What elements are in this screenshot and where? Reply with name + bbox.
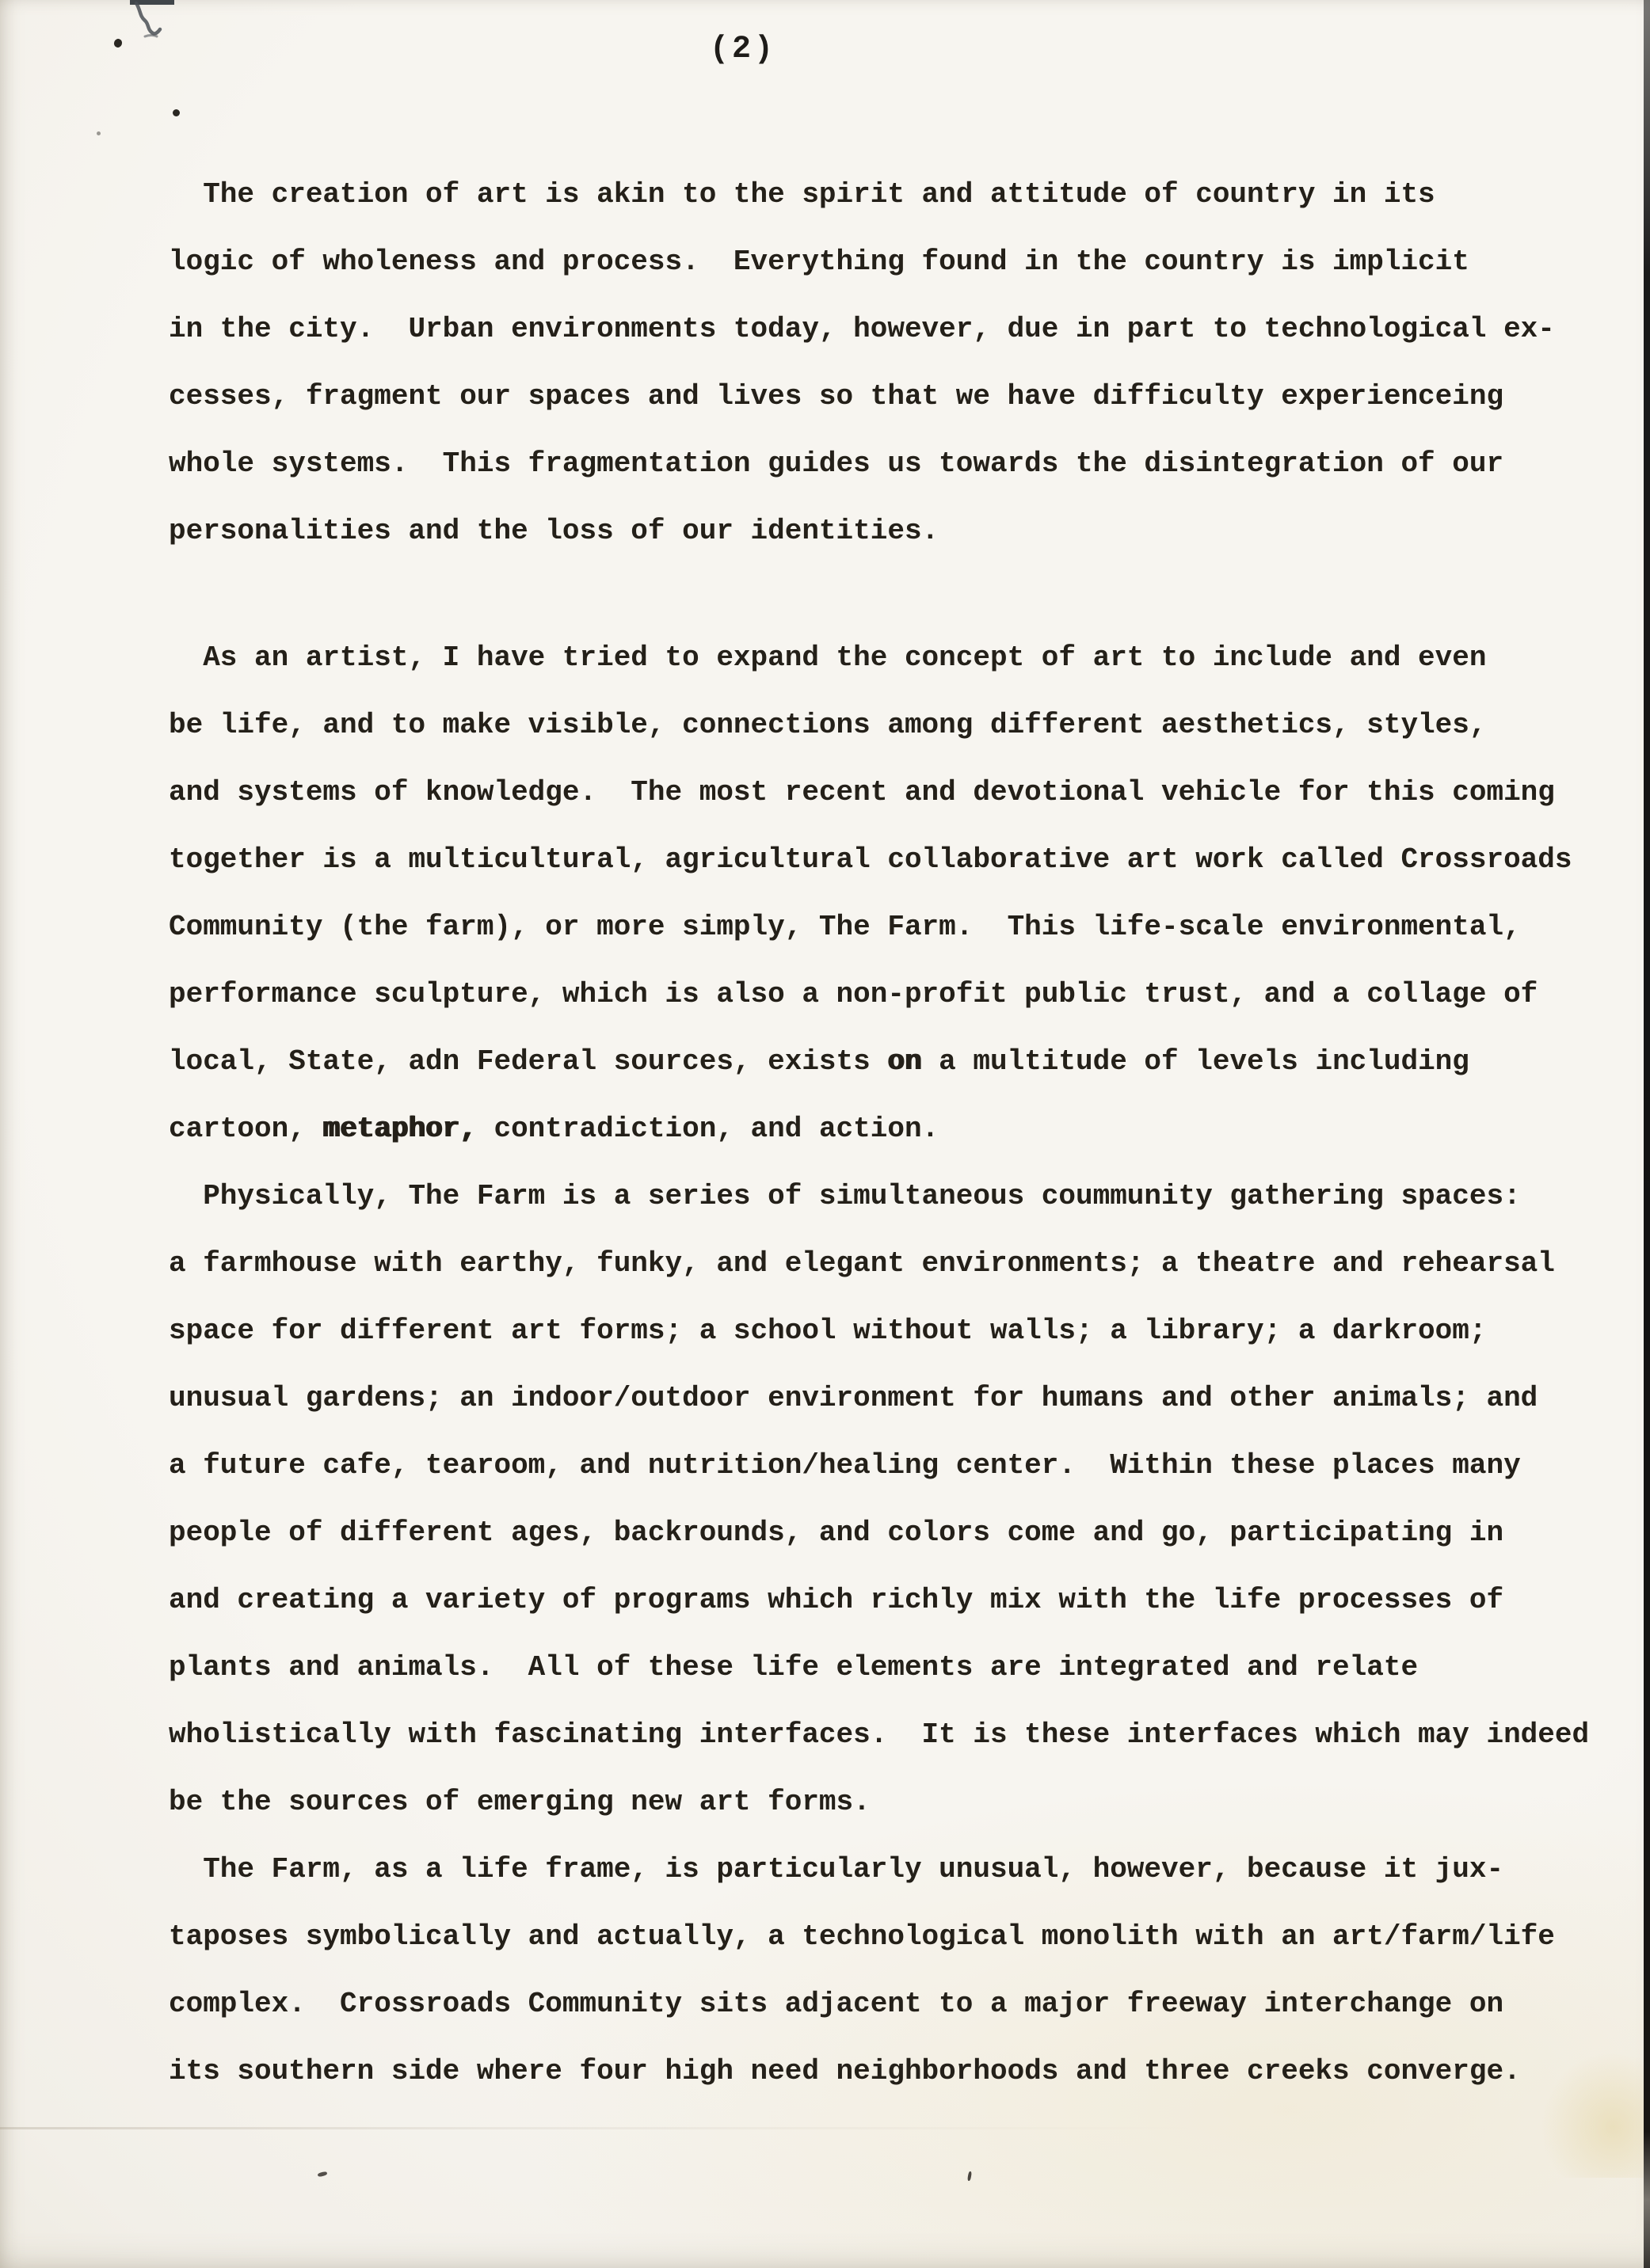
text-line: logic of wholeness and process. Everythi… <box>169 228 1618 295</box>
text-line: together is a multicultural, agricultura… <box>169 826 1618 893</box>
text-line: taposes symbolically and actually, a tec… <box>169 1903 1618 1970</box>
text-line: and creating a variety of programs which… <box>169 1566 1618 1634</box>
text-line: The creation of art is akin to the spiri… <box>169 161 1618 228</box>
ink-speck <box>967 2171 972 2182</box>
text-line: personalities and the loss of our identi… <box>169 497 1618 565</box>
text-line: whole systems. This fragmentation guides… <box>169 430 1618 497</box>
text-line: plants and animals. All of these life el… <box>169 1634 1618 1701</box>
text-line: Physically, The Farm is a series of simu… <box>169 1163 1618 1230</box>
text-line: The Farm, as a life frame, is particular… <box>169 1836 1618 1903</box>
text-line: wholistically with fascinating interface… <box>169 1701 1618 1768</box>
text-line: and systems of knowledge. The most recen… <box>169 759 1618 826</box>
paragraph: The creation of art is akin to the spiri… <box>169 161 1618 565</box>
page-number: (2) <box>710 32 776 67</box>
text-line: be life, and to make visible, connection… <box>169 691 1618 759</box>
ink-speck <box>97 131 101 135</box>
ink-speck <box>173 109 180 116</box>
text-line: unusual gardens; an indoor/outdoor envir… <box>169 1364 1618 1432</box>
text-line: a future cafe, tearoom, and nutrition/he… <box>169 1432 1618 1499</box>
text-line: cesses, fragment our spaces and lives so… <box>169 363 1618 430</box>
text-line: people of different ages, backrounds, an… <box>169 1499 1618 1566</box>
text-line: As an artist, I have tried to expand the… <box>169 624 1618 691</box>
text-line: local, State, adn Federal sources, exist… <box>169 1028 1618 1095</box>
text-line: cartoon, metaphor, contradiction, and ac… <box>169 1095 1618 1163</box>
scan-edge-shadow <box>1644 0 1650 2268</box>
text-line: space for different art forms; a school … <box>169 1297 1618 1364</box>
ink-speck <box>318 2171 328 2178</box>
text-line: its southern side where four high need n… <box>169 2038 1618 2105</box>
text-line: complex. Crossroads Community sits adjac… <box>169 1970 1618 2038</box>
pen-scribble-mark <box>119 0 190 71</box>
text-line: a farmhouse with earthy, funky, and eleg… <box>169 1230 1618 1297</box>
paragraph: The Farm, as a life frame, is particular… <box>169 1836 1618 2105</box>
scanned-typewritten-page: (2) The creation of art is akin to the s… <box>0 0 1650 2268</box>
text-line: performance sculpture, which is also a n… <box>169 961 1618 1028</box>
paragraph: As an artist, I have tried to expand the… <box>169 624 1618 1163</box>
paper-crease <box>0 2127 1267 2129</box>
text-line: be the sources of emerging new art forms… <box>169 1768 1618 1836</box>
text-line: in the city. Urban environments today, h… <box>169 295 1618 363</box>
text-line: Community (the farm), or more simply, Th… <box>169 893 1618 961</box>
document-body: The creation of art is akin to the spiri… <box>169 161 1618 2105</box>
paragraph: Physically, The Farm is a series of simu… <box>169 1163 1618 1836</box>
